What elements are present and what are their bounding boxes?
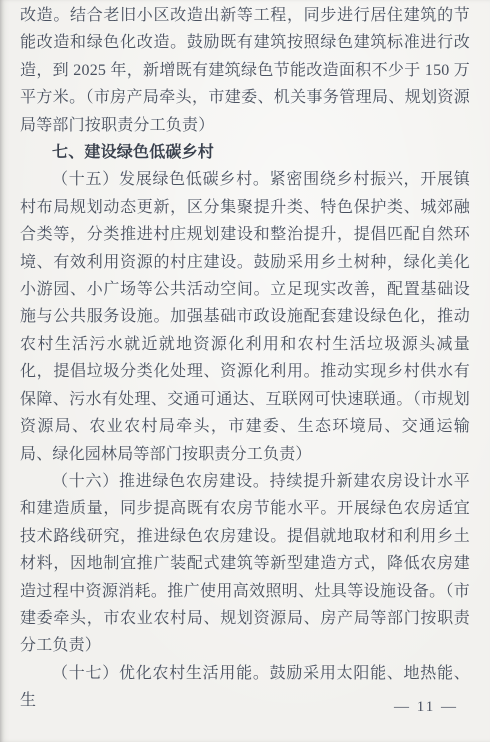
paragraph-item-16: （十六）推进绿色农房建设。持续提升新建农房设计水平和建造质量，同步提高既有农房节…: [20, 468, 470, 660]
document-body: 改造。结合老旧小区改造出新等工程，同步进行居住建筑的节能改造和绿色化改造。鼓励既…: [20, 2, 470, 715]
section-heading: 七、建设绿色低碳乡村: [20, 139, 470, 166]
page-number: — 11 —: [394, 699, 458, 716]
paragraph-continuation: 改造。结合老旧小区改造出新等工程，同步进行居住建筑的节能改造和绿色化改造。鼓励既…: [20, 2, 470, 139]
scanned-document-page: 改造。结合老旧小区改造出新等工程，同步进行居住建筑的节能改造和绿色化改造。鼓励既…: [0, 0, 490, 742]
paragraph-item-15: （十五）发展绿色低碳乡村。紧密围绕乡村振兴，开展镇村布局规划动态更新，区分集聚提…: [20, 166, 470, 467]
